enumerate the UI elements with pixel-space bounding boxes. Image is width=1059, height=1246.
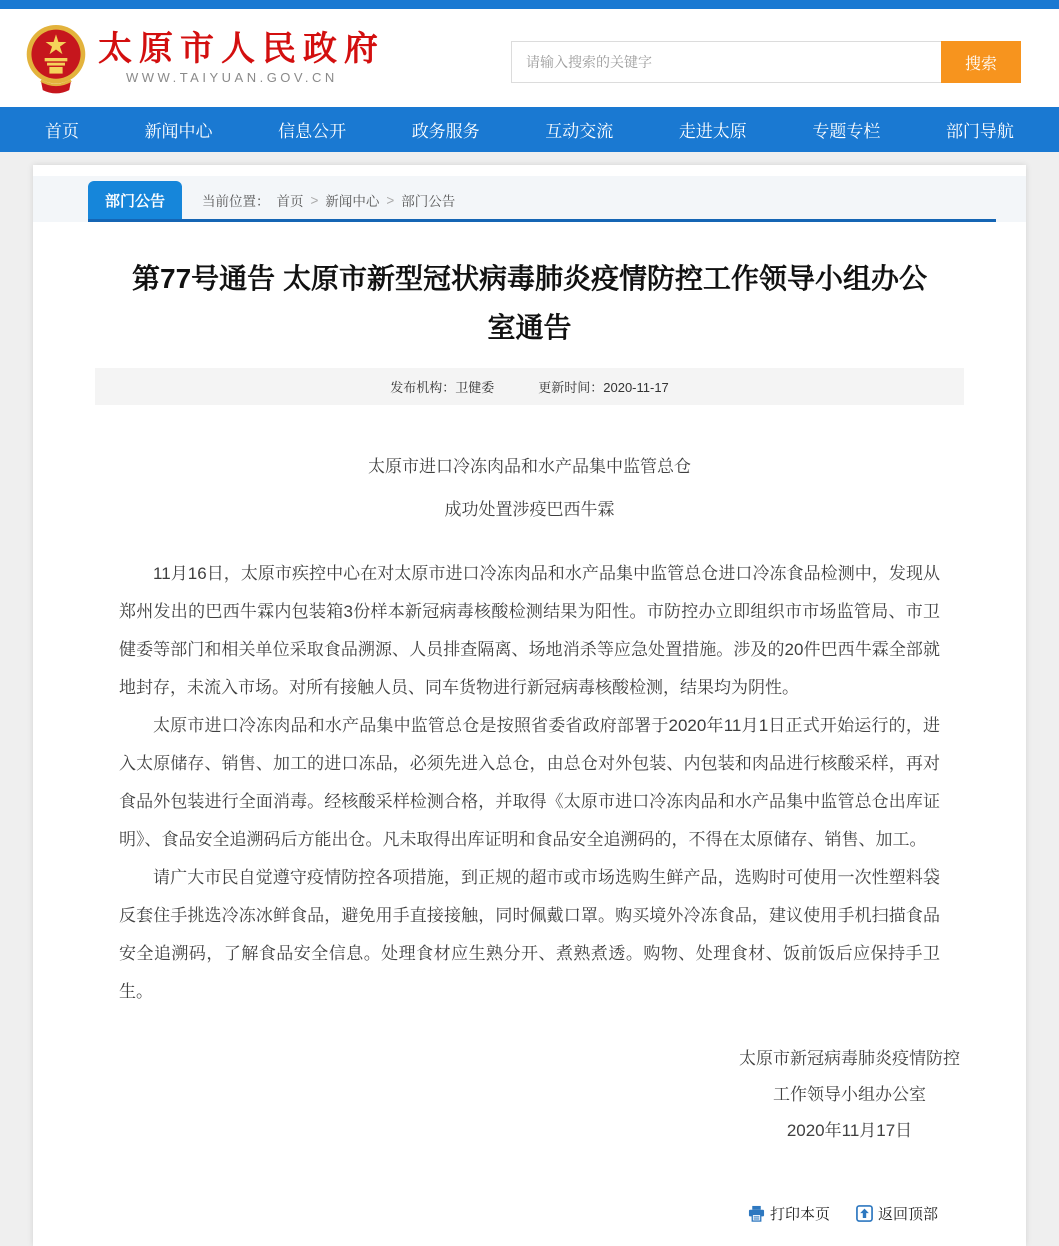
site-title: 太原市人民政府 <box>98 31 385 67</box>
site-logo[interactable]: 太原市人民政府 WWW.TAIYUAN.GOV.CN <box>22 22 385 94</box>
search-input[interactable] <box>511 41 941 83</box>
article-paragraph-3: 请广大市民自觉遵守疫情防控各项措施，到正规的超市或市场选购生鲜产品，选购时可使用… <box>119 859 940 1011</box>
tab-department-notices[interactable]: 部门公告 <box>88 181 182 219</box>
search-box: 搜索 <box>511 41 1021 83</box>
meta-agency-value: 卫健委 <box>455 380 494 395</box>
print-page-button[interactable]: 打印本页 <box>748 1203 830 1224</box>
site-header: 太原市人民政府 WWW.TAIYUAN.GOV.CN 搜索 <box>0 9 1059 107</box>
signature-line-1: 太原市新冠病毒肺炎疫情防控 <box>739 1041 960 1077</box>
back-to-top-button[interactable]: 返回顶部 <box>856 1203 938 1224</box>
breadcrumb-bar: 部门公告 当前位置： 首页 > 新闻中心 > 部门公告 <box>33 176 1026 222</box>
nav-item-news[interactable]: 新闻中心 <box>145 117 213 142</box>
main-nav: 首页 新闻中心 信息公开 政务服务 互动交流 走进太原 专题专栏 部门导航 <box>0 107 1059 152</box>
breadcrumb-link-dept-notices[interactable]: 部门公告 <box>401 190 455 210</box>
meta-updated: 更新时间：2020-11-17 <box>538 377 669 396</box>
meta-agency: 发布机构：卫健委 <box>390 377 494 396</box>
brand-text: 太原市人民政府 WWW.TAIYUAN.GOV.CN <box>98 31 385 85</box>
signature-line-3: 2020年11月17日 <box>739 1113 960 1149</box>
subtitle-line-1: 太原市进口冷冻肉品和水产品集中监管总仓 <box>33 445 1026 488</box>
content-card: 部门公告 当前位置： 首页 > 新闻中心 > 部门公告 第77号通告 太原市新型… <box>33 165 1026 1246</box>
nav-item-home[interactable]: 首页 <box>45 117 79 142</box>
breadcrumb-link-news[interactable]: 新闻中心 <box>325 190 379 210</box>
subtitle-line-2: 成功处置涉疫巴西牛霖 <box>33 488 1026 531</box>
back-to-top-label: 返回顶部 <box>878 1203 938 1224</box>
article-paragraph-1: 11月16日，太原市疾控中心在对太原市进口冷冻肉品和水产品集中监管总仓进口冷冻食… <box>119 555 940 707</box>
breadcrumb-separator: > <box>311 193 319 208</box>
printer-icon <box>748 1205 765 1222</box>
meta-updated-value: 2020-11-17 <box>603 380 669 395</box>
nav-item-special-topics[interactable]: 专题专栏 <box>812 117 880 142</box>
nav-item-gov-services[interactable]: 政务服务 <box>412 117 480 142</box>
signature-line-2: 工作领导小组办公室 <box>739 1077 960 1113</box>
article-title: 第77号通告 太原市新型冠状病毒肺炎疫情防控工作领导小组办公室通告 <box>119 254 940 352</box>
meta-agency-label: 发布机构： <box>390 380 455 395</box>
nav-item-info-disclosure[interactable]: 信息公开 <box>278 117 346 142</box>
article-signature: 太原市新冠病毒肺炎疫情防控 工作领导小组办公室 2020年11月17日 <box>33 1041 960 1149</box>
nav-item-dept-directory[interactable]: 部门导航 <box>946 117 1014 142</box>
breadcrumb-location-label: 当前位置： <box>202 190 270 210</box>
search-button[interactable]: 搜索 <box>941 41 1021 83</box>
article-body: 11月16日，太原市疾控中心在对太原市进口冷冻肉品和水产品集中监管总仓进口冷冻食… <box>119 555 940 1011</box>
top-accent-bar <box>0 0 1059 9</box>
article-subtitle: 太原市进口冷冻肉品和水产品集中监管总仓 成功处置涉疫巴西牛霖 <box>33 445 1026 531</box>
breadcrumb: 当前位置： 首页 > 新闻中心 > 部门公告 <box>182 190 455 219</box>
article-meta: 发布机构：卫健委 更新时间：2020-11-17 <box>95 368 964 405</box>
meta-updated-label: 更新时间： <box>538 380 603 395</box>
breadcrumb-separator: > <box>386 193 394 208</box>
nav-item-interaction[interactable]: 互动交流 <box>545 117 613 142</box>
article-paragraph-2: 太原市进口冷冻肉品和水产品集中监管总仓是按照省委省政府部署于2020年11月1日… <box>119 707 940 859</box>
nav-item-about-taiyuan[interactable]: 走进太原 <box>679 117 747 142</box>
breadcrumb-link-home[interactable]: 首页 <box>277 190 304 210</box>
print-page-label: 打印本页 <box>770 1203 830 1224</box>
arrow-up-icon <box>856 1205 873 1222</box>
site-url: WWW.TAIYUAN.GOV.CN <box>98 70 385 85</box>
main-area: 部门公告 当前位置： 首页 > 新闻中心 > 部门公告 第77号通告 太原市新型… <box>0 152 1059 1246</box>
national-emblem-icon <box>22 22 90 94</box>
page-actions: 打印本页 返回顶部 <box>748 1203 938 1224</box>
